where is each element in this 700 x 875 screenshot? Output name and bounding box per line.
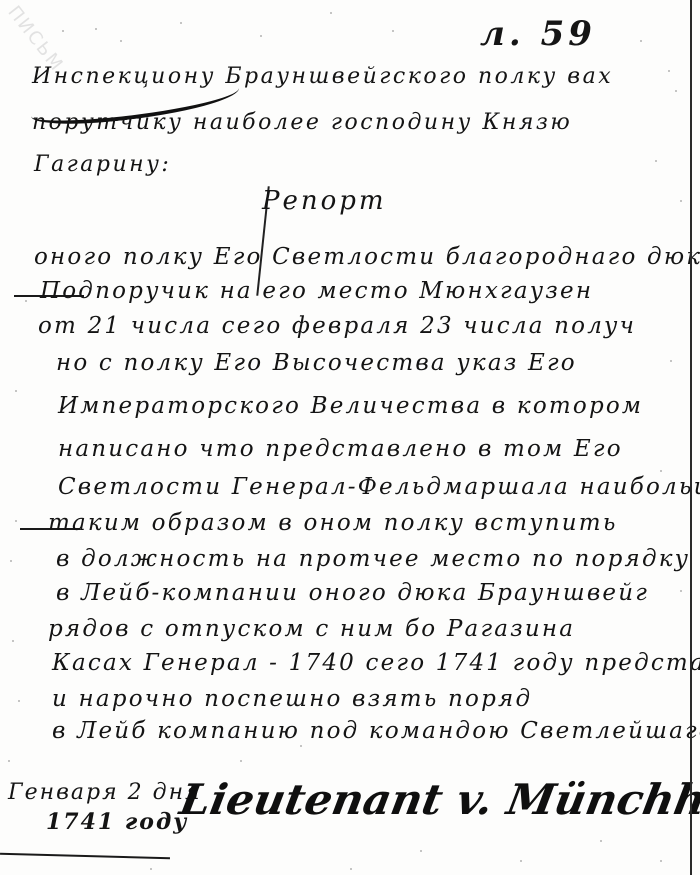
body-line-9: в должность на протчее место по порядку (56, 546, 690, 572)
folio-mark: л. (480, 14, 525, 54)
date-block: Генваря 2 дня 1741 году (8, 780, 202, 835)
manuscript-page: ПИСЬМ л. 59 Инспекциону Брауншвейгского … (0, 0, 700, 875)
body-line-1: оного полку Его Светлости благороднаго д… (34, 244, 700, 270)
folio-number: л. 59 (480, 14, 596, 54)
folio-value: 59 (541, 14, 596, 54)
body-line-7: Светлости Генерал-Фельдмаршала наибольше (58, 474, 700, 500)
body-line-6: написано что представлено в том Его (58, 436, 623, 462)
page-edge (690, 0, 692, 875)
body-line-2: Подпоручик на его место Мюнхгаузен (40, 278, 593, 304)
body-line-14: в Лейб компанию под командою Светлейшаго (52, 718, 700, 744)
date-underline (0, 853, 170, 859)
body-line-10: в Лейб-компании оного дюка Брауншвейг (56, 580, 649, 606)
document-title: Репорт (262, 186, 387, 216)
address-line-2: порутчику наиболее господину Князю (32, 110, 572, 135)
body-line-12: Касах Генерал - 1740 сего 1741 году пред… (52, 650, 700, 676)
date-day: Генваря 2 дня (8, 780, 202, 805)
address-line-3: Гагарину: (34, 152, 171, 177)
body-line-13: и нарочно поспешно взять поряд (52, 686, 532, 712)
body-line-4: но с полку Его Высочества указ Его (56, 350, 577, 376)
body-line-5: Императорского Величества в котором (58, 393, 643, 419)
address-line-1: Инспекциону Брауншвейгского полку вах (32, 64, 613, 89)
body-line-11: рядов с отпуском с ним бо Рагазина (48, 616, 575, 642)
signature: Lieutenant v. Münchhausen (176, 775, 700, 824)
body-line-8: таким образом в оном полку вступить (48, 510, 618, 536)
body-line-3: от 21 числа сего февраля 23 числа получ (38, 313, 636, 339)
